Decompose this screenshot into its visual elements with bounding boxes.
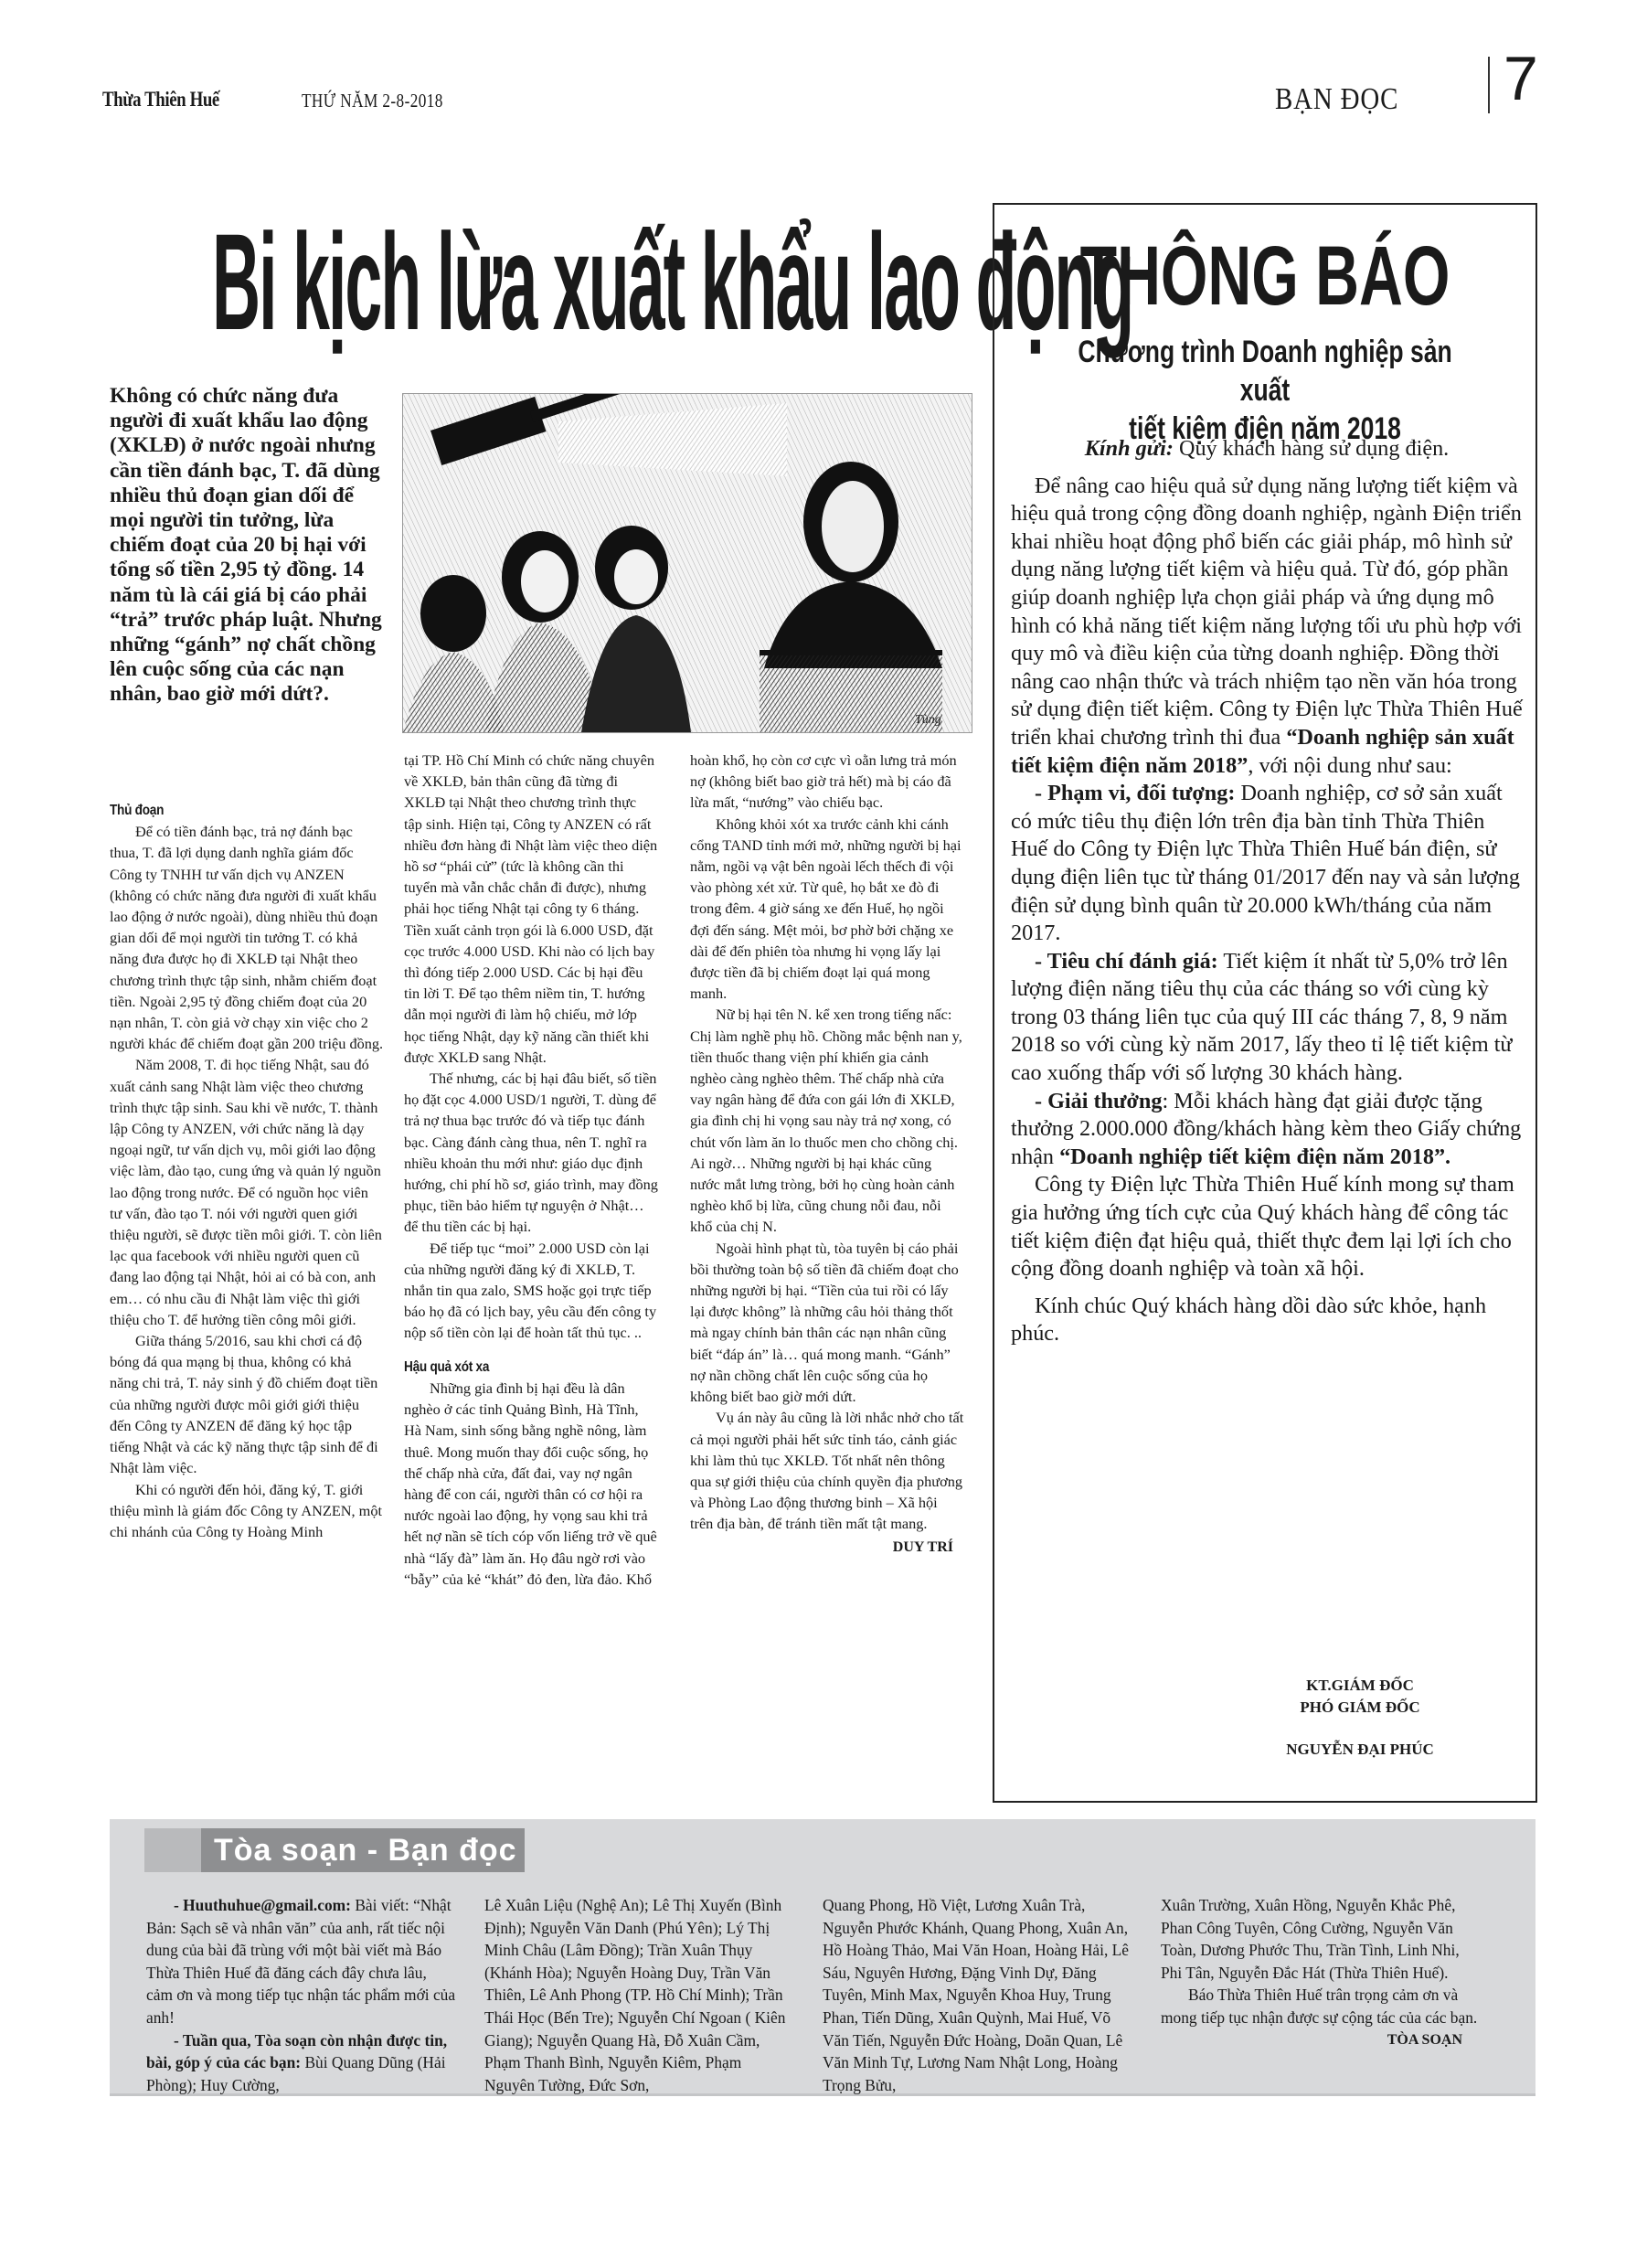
page-divider xyxy=(1488,57,1490,113)
section-name: BẠN ĐỌC xyxy=(1275,82,1398,117)
sign-line-2: PHÓ GIÁM ĐỐC xyxy=(1269,1697,1451,1719)
thanks-note: Báo Thừa Thiên Huế trân trọng cảm ơn và … xyxy=(1161,1984,1481,2028)
article-lead: Không có chức năng đưa người đi xuất khẩ… xyxy=(110,384,384,708)
notice-wish: Kính chúc Quý khách hàng dồi dào sức khỏ… xyxy=(1011,1293,1523,1348)
received-names: Quang Phong, Hồ Việt, Lương Xuân Trà, Ng… xyxy=(823,1894,1133,2096)
reader-box: Tòa soạn - Bạn đọc - Huuthuhue@gmail.com… xyxy=(110,1819,1535,2096)
subhead-hau-qua: Hậu quả xót xa xyxy=(404,1357,620,1378)
notice-box: THÔNG BÁO Chương trình Doanh nghiệp sản … xyxy=(993,203,1537,1803)
certificate-name: “Doanh nghiệp tiết kiệm điện năm 2018”. xyxy=(1059,1145,1450,1169)
notice-salutation: Kính gửi: Quý khách hàng sử dụng điện. xyxy=(1011,435,1523,463)
paragraph: Khi có người đến hỏi, đăng ký, T. giới t… xyxy=(110,1479,384,1543)
sign-line-1: KT.GIÁM ĐỐC xyxy=(1269,1675,1451,1697)
illustration-signature: Tùng xyxy=(915,713,941,727)
header-tab-light xyxy=(144,1828,201,1872)
notice-criteria: - Tiêu chí đánh giá: Tiết kiệm ít nhất t… xyxy=(1011,948,1523,1088)
notice-scope: - Phạm vi, đối tượng: Doanh nghiệp, cơ s… xyxy=(1011,780,1523,948)
received-names: Xuân Trường, Xuân Hồng, Nguyễn Khắc Phê,… xyxy=(1161,1894,1481,1984)
paragraph: Để tiếp tục “moi” 2.000 USD còn lại của … xyxy=(404,1238,658,1344)
paragraph: Vụ án này âu cũng là lời nhắc nhở cho tấ… xyxy=(690,1407,964,1534)
article-column-3: hoàn khổ, họ còn cơ cực vì oằn lưng trả … xyxy=(690,750,964,1558)
reader-column-3: Quang Phong, Hồ Việt, Lương Xuân Trà, Ng… xyxy=(823,1894,1133,2096)
paragraph: Để có tiền đánh bạc, trả nợ đánh bạc thu… xyxy=(110,821,384,1054)
reader-box-title: Tòa soạn - Bạn đọc xyxy=(214,1832,517,1869)
scope-label: - Phạm vi, đối tượng: xyxy=(1035,781,1235,805)
reader-column-1: - Huuthuhue@gmail.com: Bài viết: “Nhật B… xyxy=(146,1894,457,2096)
paragraph: Năm 2008, T. đi học tiếng Nhật, sau đó x… xyxy=(110,1054,384,1330)
salutation-text: Quý khách hàng sử dụng điện. xyxy=(1174,436,1449,461)
courtroom-illustration-icon: Tùng xyxy=(402,393,972,733)
article-column-1: Thủ đoạn Để có tiền đánh bạc, trả nợ đán… xyxy=(110,800,384,1542)
notice-sign-title: KT.GIÁM ĐỐC PHÓ GIÁM ĐỐC xyxy=(1269,1675,1451,1719)
notice-prize: - Giải thưởng: Mỗi khách hàng đạt giải đ… xyxy=(1011,1088,1523,1172)
paper-name: Thừa Thiên Huế xyxy=(102,88,219,112)
paragraph: hoàn khổ, họ còn cơ cực vì oằn lưng trả … xyxy=(690,750,964,814)
email-reply: - Huuthuhue@gmail.com: Bài viết: “Nhật B… xyxy=(146,1894,457,2029)
paragraph: Thế nhưng, các bị hại đâu biết, số tiền … xyxy=(404,1068,658,1238)
prize-label: - Giải thưởng xyxy=(1035,1089,1162,1113)
masthead: Thừa Thiên Huế THỨ NĂM 2-8-2018 BẠN ĐỌC … xyxy=(0,0,1647,128)
notice-text: , với nội dung như sau: xyxy=(1248,753,1451,778)
article-column-2: tại TP. Hồ Chí Minh có chức năng chuyên … xyxy=(404,750,658,1590)
paragraph: tại TP. Hồ Chí Minh có chức năng chuyên … xyxy=(404,750,658,1068)
notice-text: Để nâng cao hiệu quả sử dụng năng lượng … xyxy=(1011,474,1523,750)
paragraph: Giữa tháng 5/2016, sau khi chơi cá độ bó… xyxy=(110,1330,384,1478)
received-list: - Tuần qua, Tòa soạn còn nhận được tin, … xyxy=(146,2029,457,2097)
page-number: 7 xyxy=(1504,48,1538,110)
subhead-thu-doan: Thủ đoạn xyxy=(110,800,343,821)
article-headline: Bi kịch lừa xuất khẩu lao động xyxy=(212,208,584,355)
notice-body: Kính gửi: Quý khách hàng sử dụng điện. Đ… xyxy=(1011,435,1523,1348)
paragraph: Những gia đình bị hại đều là dân nghèo ở… xyxy=(404,1378,658,1590)
notice-subtitle: Chương trình Doanh nghiệp sản xuất tiết … xyxy=(1054,333,1476,448)
reader-box-header: Tòa soạn - Bạn đọc xyxy=(144,1828,528,1872)
received-names: Lê Xuân Liệu (Nghệ An); Lê Thị Xuyến (Bì… xyxy=(484,1894,795,2096)
reader-column-4: Xuân Trường, Xuân Hồng, Nguyễn Khắc Phê,… xyxy=(1161,1894,1481,2051)
paragraph: Ngoài hình phạt tù, tòa tuyên bị cáo phả… xyxy=(690,1238,964,1408)
criteria-label: - Tiêu chí đánh giá: xyxy=(1035,949,1218,974)
notice-title: THÔNG BÁO xyxy=(1070,232,1460,320)
notice-closing: Công ty Điện lực Thừa Thiên Huế kính mon… xyxy=(1011,1171,1523,1283)
email-text: Bài viết: “Nhật Bản: Sạch sẽ và nhân văn… xyxy=(146,1896,455,2027)
notice-signer: NGUYỄN ĐẠI PHÚC xyxy=(1241,1741,1479,1759)
article-byline: DUY TRÍ xyxy=(690,1537,964,1558)
reader-box-signature: TÒA SOẠN xyxy=(1161,2029,1481,2052)
notice-subtitle-line-1: Chương trình Doanh nghiệp sản xuất xyxy=(1054,333,1476,410)
issue-date: THỨ NĂM 2-8-2018 xyxy=(302,90,443,112)
salutation-label: Kính gửi: xyxy=(1085,436,1174,461)
notice-paragraph: Để nâng cao hiệu quả sử dụng năng lượng … xyxy=(1011,473,1523,781)
paragraph: Nữ bị hại tên N. kể xen trong tiếng nấc:… xyxy=(690,1004,964,1237)
paragraph: Không khỏi xót xa trước cảnh khi cánh cổ… xyxy=(690,814,964,1005)
reader-column-2: Lê Xuân Liệu (Nghệ An); Lê Thị Xuyến (Bì… xyxy=(484,1894,795,2096)
email-label: - Huuthuhue@gmail.com: xyxy=(174,1896,351,1914)
